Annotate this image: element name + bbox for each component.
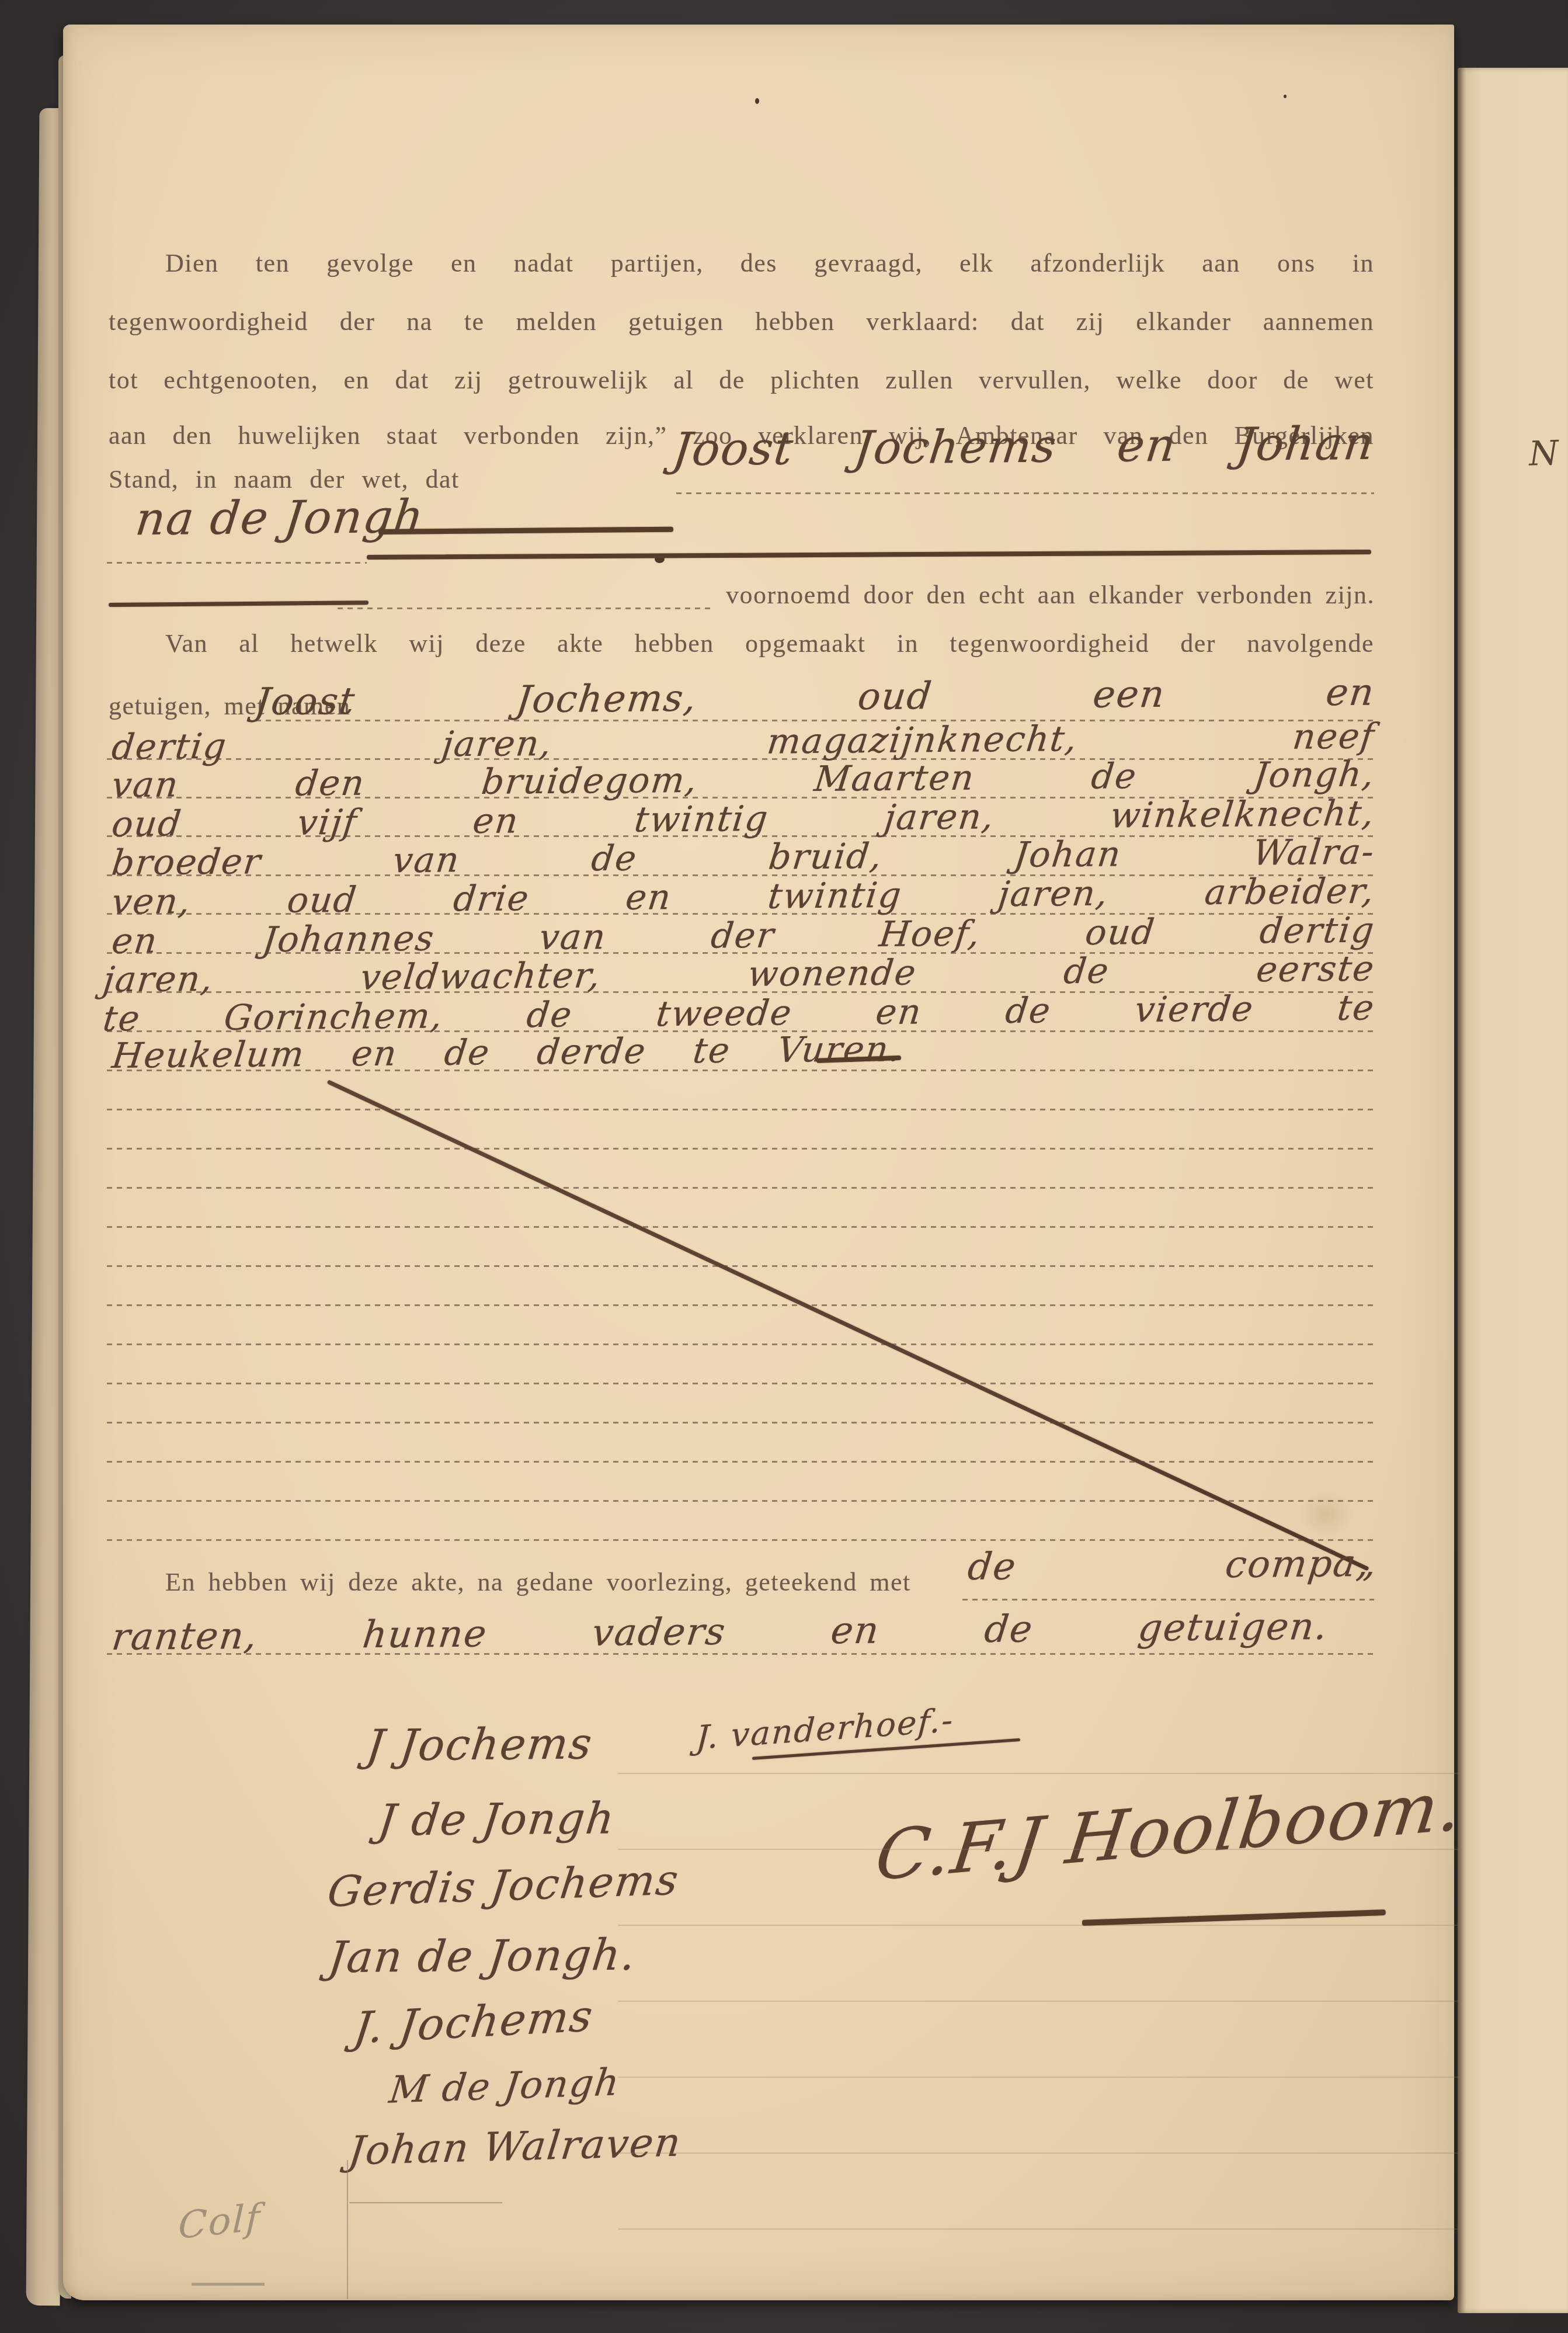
ruled-faint-line [618,1925,1459,1926]
ink-fleck [755,98,759,104]
signature-j-de-jongh: J de Jongh [376,1797,618,1842]
ruled-dotted-line [107,562,367,564]
ruled-dotted-line [107,952,1374,954]
printed-line-1: Dien ten gevolge en nadat partijen, des … [165,249,1374,277]
ruled-dotted-line [107,991,1374,993]
ruled-dotted-line [256,720,1374,721]
pencil-horizontal-mark [349,2202,502,2203]
pencil-underline [192,2283,265,2286]
ruled-faint-line [618,1773,1459,1774]
printed-line-3: tot echtgenooten, en dat zij getrouwelij… [109,366,1374,394]
document-scan: N Dien ten gevolge en nadat partijen, de… [0,0,1568,2333]
signature-j-jochems-2: J. Jochems [352,1994,596,2050]
signature-gerdis-jochems: Gerdis Jochems [325,1859,682,1913]
ruled-dotted-line [107,913,1374,915]
printed-line-7: Van al hetwelk wij deze akte hebben opge… [165,630,1374,658]
signature-jan-de-jongh: Jan de Jongh. [326,1933,639,1980]
ruled-dotted-line [107,1653,1374,1655]
ruled-dotted-line [107,758,1374,760]
ruled-dotted-line [107,835,1374,837]
ruled-dotted-line [107,797,1374,799]
ruled-dotted-line [107,874,1374,876]
ruled-dotted-line [338,607,714,609]
diagonal-cancellation-line [327,1079,1369,1571]
ruled-dotted-line [676,492,1374,494]
paper-stain [1298,1491,1354,1537]
printed-line-9: En hebben wij deze akte, na gedane voorl… [165,1568,911,1596]
signature-registrar-hoolboom: C.F.J Hoolboom. [872,1771,1466,1890]
ruled-dotted-line [107,1343,1374,1345]
ruled-dotted-line [107,1070,1374,1071]
ruled-dotted-line [107,1226,1374,1228]
ruled-faint-line [618,1849,1459,1850]
adjacent-page-letter: N [1528,433,1559,474]
ruled-dotted-line [107,1461,1374,1463]
closing-line-1: de compa„ [966,1545,1379,1586]
printed-line-6: voornoemd door den echt aan elkander ver… [726,581,1375,609]
ink-stroke [367,550,1371,560]
ruled-dotted-line [107,1187,1374,1189]
printed-line-5: Stand, in naam der wet, dat [109,466,460,494]
witness-line-10: Heukelum en de derde te Vuren. [110,1032,903,1074]
ruled-dotted-line [107,1422,1374,1424]
signature-m-de-jongh: M de Jongh [387,2064,622,2109]
handwritten-couple-names-line-2: na de Jongh [133,494,426,542]
signature-johan-walraven: Johan Walraven [346,2123,683,2172]
ink-stroke [1082,1910,1386,1926]
ink-stroke [109,600,368,607]
handwritten-couple-names-line-1: Joost Jochems en Johan [670,421,1377,473]
ruled-dotted-line [107,1265,1374,1267]
witness-line-1: Joost Jochems, oud een en [253,674,1376,721]
ink-fleck [1284,95,1287,98]
ruled-dotted-line [107,1539,1374,1541]
adjacent-page-sliver [1458,68,1568,2313]
ruled-dotted-line [962,1599,1374,1601]
ruled-dotted-line [107,1304,1374,1306]
ruled-faint-line [618,2228,1459,2230]
ruled-dotted-line [107,1030,1374,1032]
ruled-faint-line [618,2077,1459,2078]
ruled-dotted-line [107,1109,1374,1110]
ruled-faint-line [618,2153,1459,2154]
ruled-faint-line [618,2001,1459,2002]
printed-line-2: tegenwoordigheid der na te melden getuig… [109,308,1374,336]
signature-j-jochems: J Jochems [364,1722,595,1767]
ruled-dotted-line [107,1383,1374,1384]
ruled-dotted-line [107,1500,1374,1502]
pencil-vertical-mark [347,2160,348,2299]
pencil-note: Colf [178,2199,261,2245]
ruled-dotted-line [107,1148,1374,1150]
marriage-record-page: Dien ten gevolge en nadat partijen, des … [63,25,1454,2300]
closing-line-2: ranten, hunne vaders en de getuigen. [110,1608,1330,1656]
